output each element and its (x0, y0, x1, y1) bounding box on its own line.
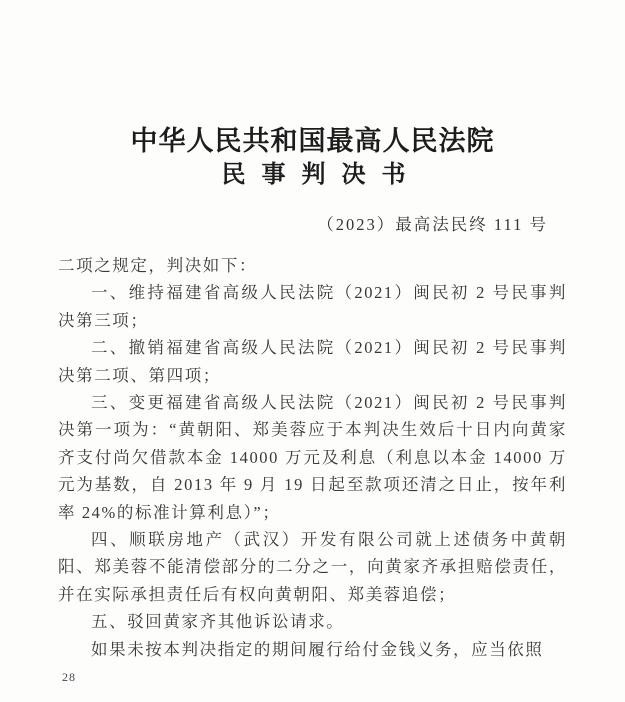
judgment-body: 二项之规定，判决如下： 一、维持福建省高级人民法院（2021）闽民初 2 号民事… (58, 252, 567, 663)
judgment-document-page: 中华人民共和国最高人民法院 民事判决书 （2023）最高法民终 111 号 二项… (0, 0, 625, 702)
judgment-paragraph-continuation: 二项之规定，判决如下： (58, 252, 567, 279)
court-name-title: 中华人民共和国最高人民法院 (0, 124, 625, 158)
judgment-item-2: 二、撤销福建省高级人民法院（2021）闽民初 2 号民事判决第二项、第四项； (58, 334, 567, 389)
judgment-item-5: 五、驳回黄家齐其他诉讼请求。 (58, 608, 567, 635)
judgment-item-4: 四、顺联房地产（武汉）开发有限公司就上述债务中黄朝阳、郑美蓉不能清偿部分的二分之… (58, 526, 567, 608)
judgment-item-3: 三、变更福建省高级人民法院（2021）闽民初 2 号民事判决第一项为：“黄朝阳、… (58, 389, 567, 526)
document-type-title: 民事判决书 (0, 160, 625, 190)
case-number: （2023）最高法民终 111 号 (0, 214, 625, 236)
judgment-item-1: 一、维持福建省高级人民法院（2021）闽民初 2 号民事判决第三项； (58, 279, 567, 334)
page-number: 28 (62, 670, 76, 685)
judgment-closing-paragraph: 如果未按本判决指定的期间履行给付金钱义务，应当依照 (58, 636, 567, 663)
